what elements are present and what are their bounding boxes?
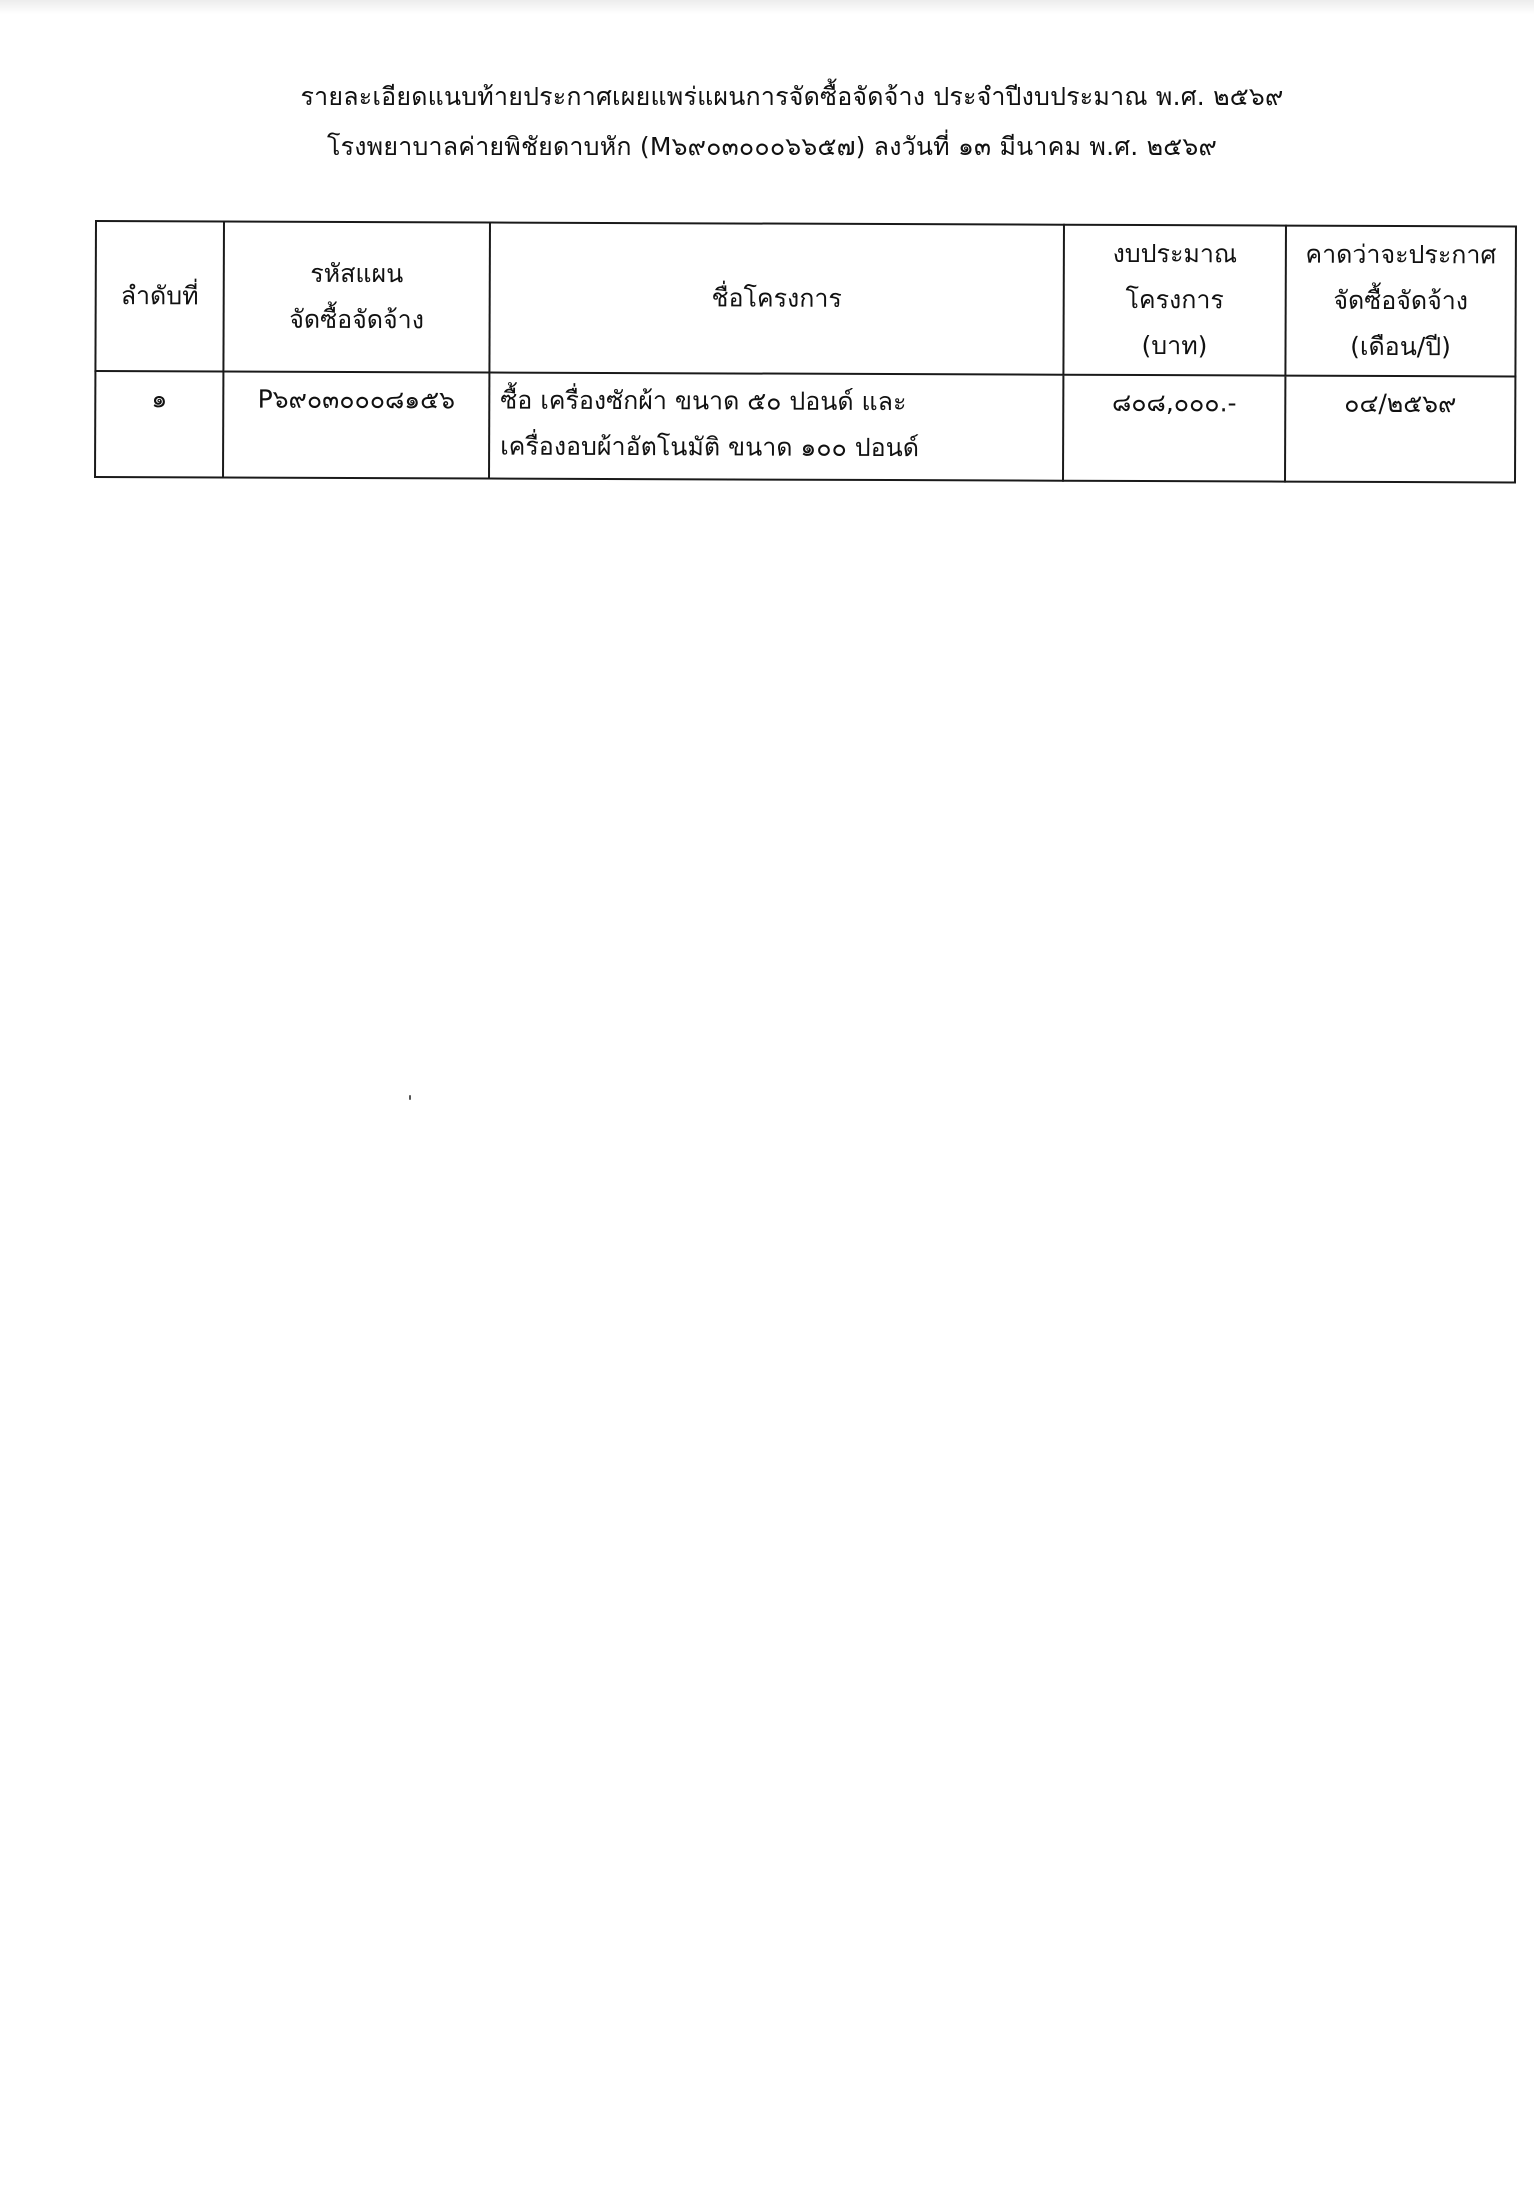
header-budget: งบประมาณ โครงการ (บาท): [1063, 225, 1286, 376]
cell-sequence-no: ๑: [95, 371, 223, 477]
procurement-plan-table: ลำดับที่ รหัสแผน จัดซื้อจัดจ้าง ชื่อโครง…: [94, 220, 1517, 483]
table-header-row: ลำดับที่ รหัสแผน จัดซื้อจัดจ้าง ชื่อโครง…: [95, 221, 1516, 376]
header-plan-code: รหัสแผน จัดซื้อจัดจ้าง: [223, 221, 490, 372]
procurement-plan-table-container: ลำดับที่ รหัสแผน จัดซื้อจัดจ้าง ชื่อโครง…: [94, 220, 1515, 483]
cell-project-name: ซื้อ เครื่องซักผ้า ขนาด ๕๐ ปอนด์ และ เคร…: [489, 373, 1063, 481]
document-title-block: รายละเอียดแนบท้ายประกาศเผยแพร่แผนการจัดซ…: [0, 72, 1534, 172]
header-expected-announce: คาดว่าจะประกาศ จัดซื้อจัดจ้าง (เดือน/ปี): [1285, 226, 1516, 377]
document-subtitle: โรงพยาบาลค่ายพิชัยดาบหัก (M๖๙๐๓๐๐๐๖๖๕๗) …: [10, 122, 1534, 172]
cell-expected-announce: ๐๔/๒๕๖๙: [1285, 376, 1515, 483]
scan-edge-shadow: [0, 0, 1534, 14]
cell-budget: ๘๐๘,๐๐๐.-: [1063, 375, 1285, 482]
table-row: ๑ P๖๙๐๓๐๐๐๘๑๕๖ ซื้อ เครื่องซักผ้า ขนาด ๕…: [95, 371, 1515, 482]
header-project-name: ชื่อโครงการ: [489, 223, 1064, 375]
document-title: รายละเอียดแนบท้ายประกาศเผยแพร่แผนการจัดซ…: [50, 72, 1534, 122]
scan-speck: [409, 1095, 411, 1100]
cell-plan-code: P๖๙๐๓๐๐๐๘๑๕๖: [223, 371, 489, 478]
header-sequence-no: ลำดับที่: [95, 221, 224, 371]
